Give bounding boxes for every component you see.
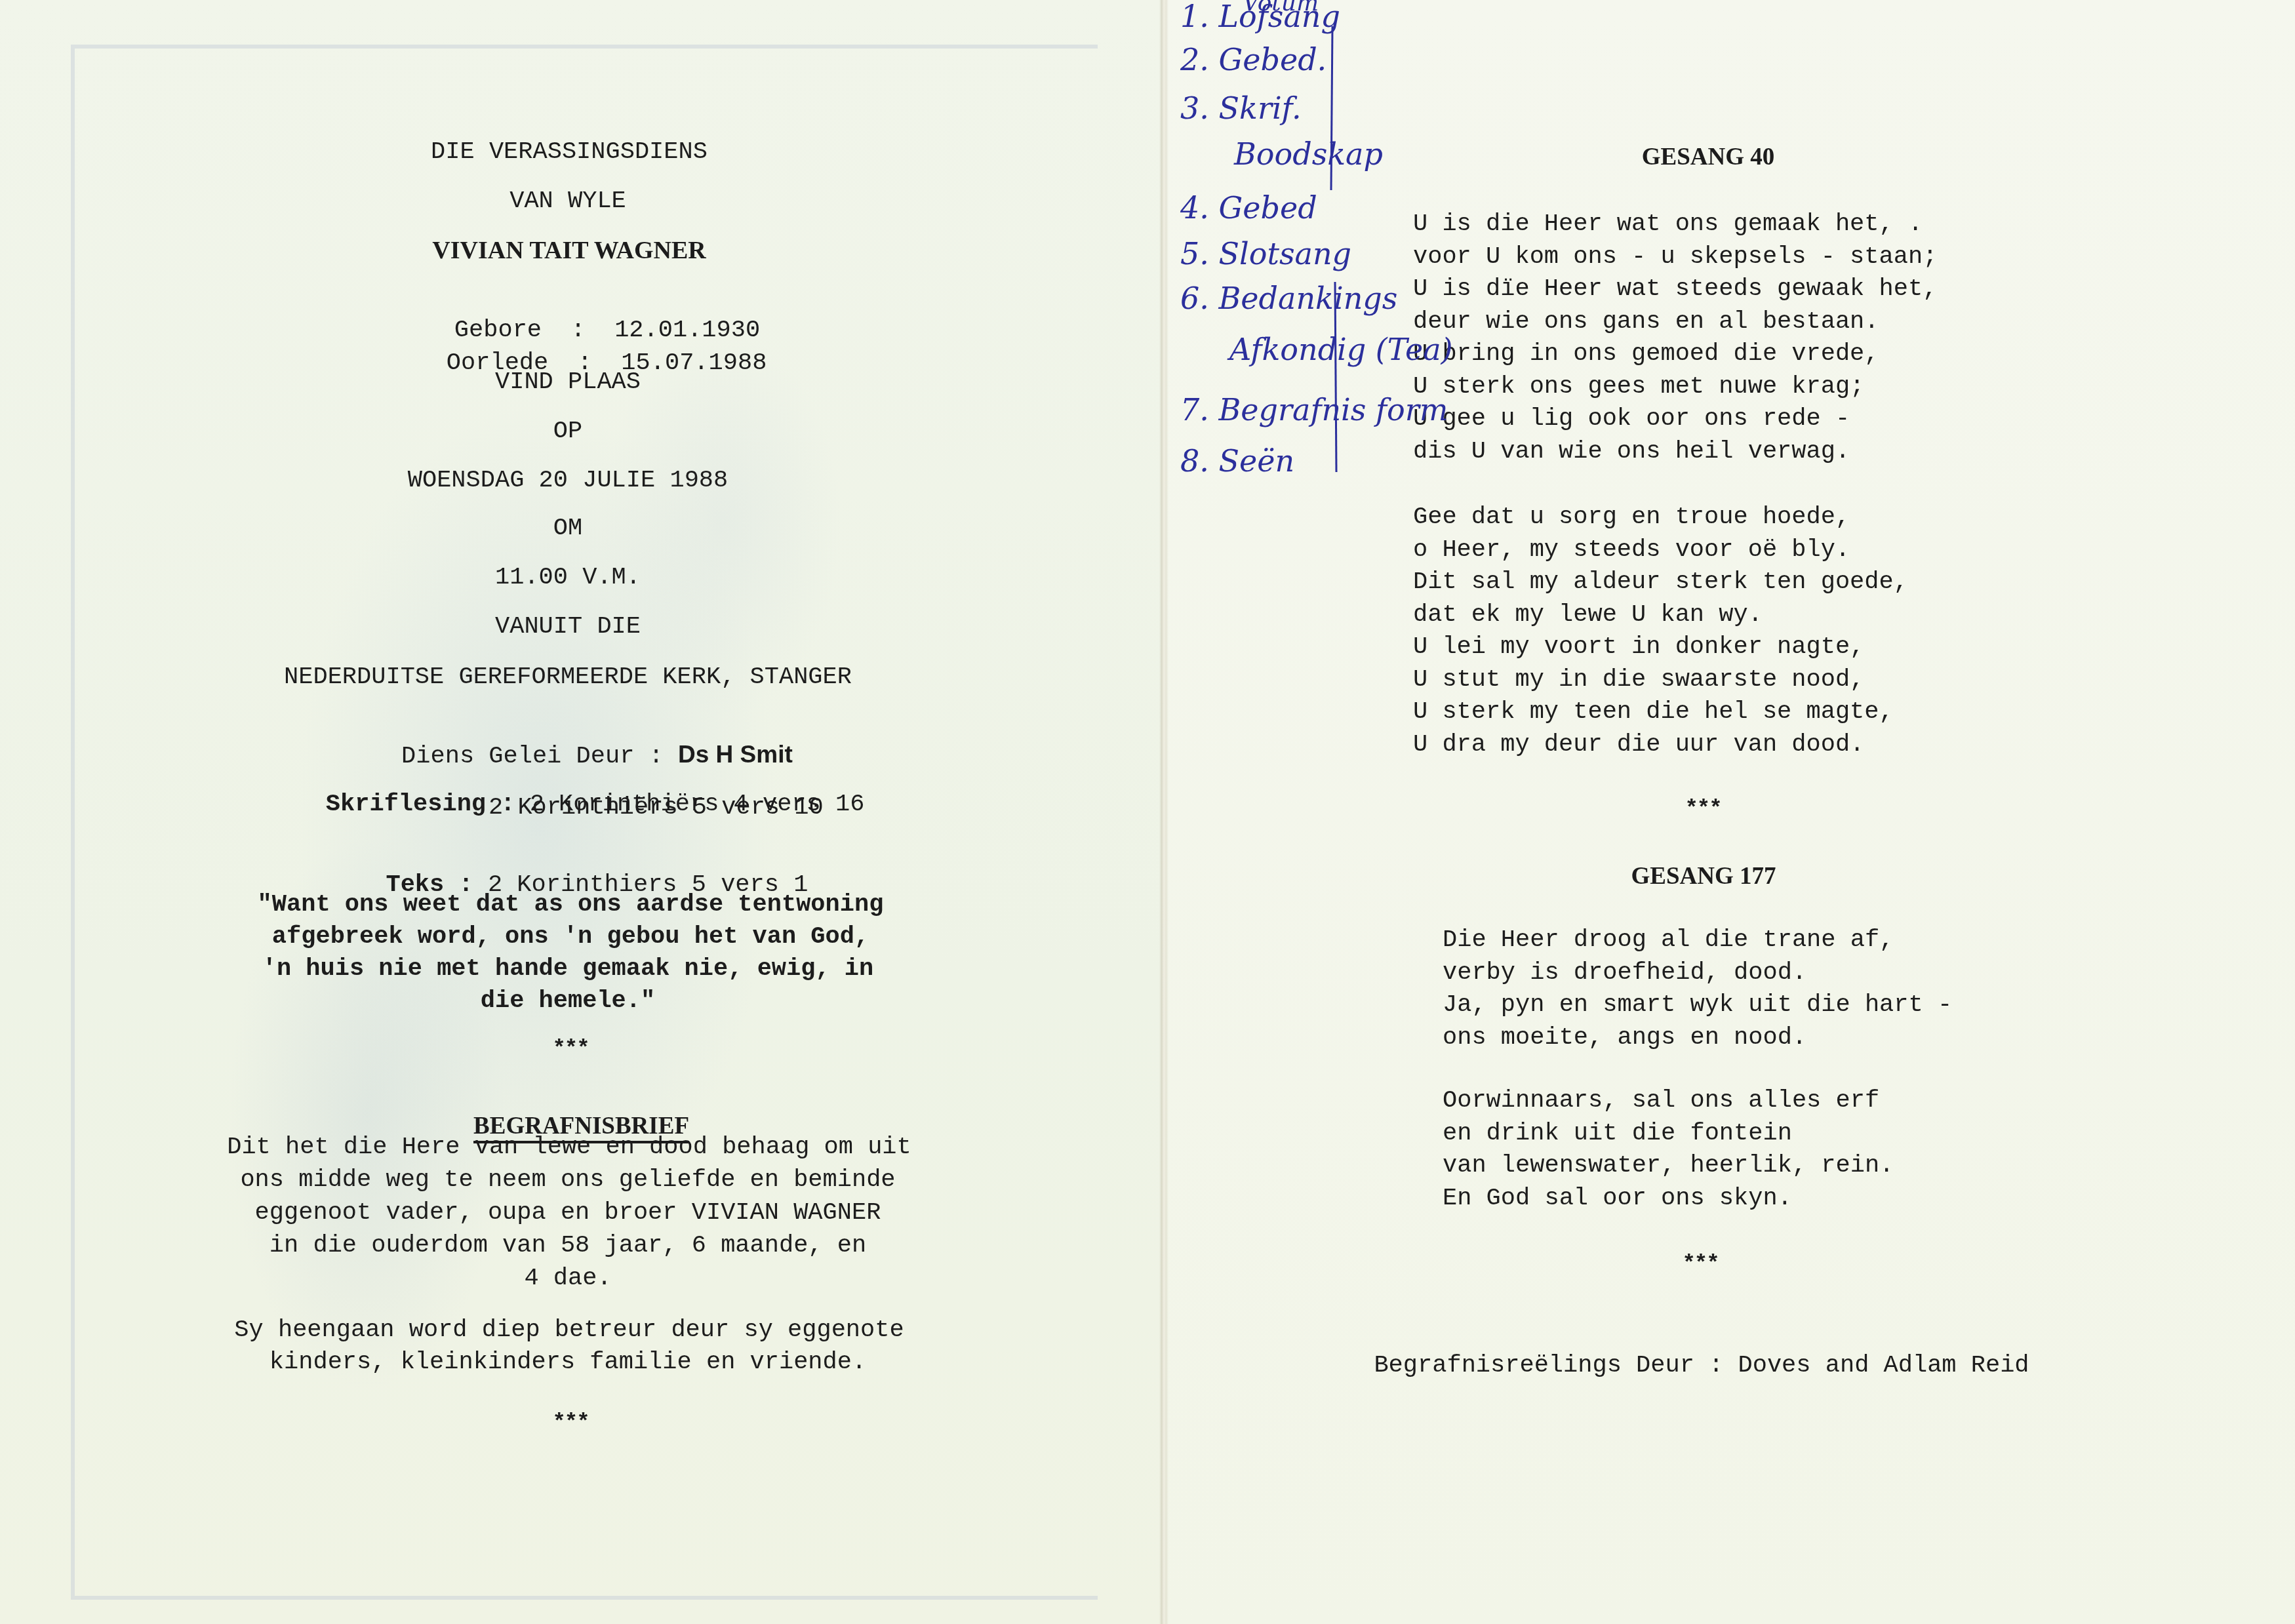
hymn-title: GESANG 40 — [1642, 143, 1775, 172]
verse-line: Ja, pyn en smart wyk uit die hart - — [1443, 989, 1952, 1022]
letter-line: eggenoot vader, oupa en broer VIVIAN WAG… — [255, 1198, 881, 1227]
handwritten-order-of-service: 1. Lofsang Votum 2. Gebed. 3. Skrif. Boo… — [1180, 0, 1443, 498]
verse-line: U gee u lig ook oor ons rede - — [1413, 403, 1850, 436]
verse-line: van lewenswater, heerlik, rein. — [1443, 1150, 1894, 1183]
verse-line: U dra my deur die uur van dood. — [1413, 729, 1864, 762]
verse-line: verby is droefheid, dood. — [1443, 957, 1806, 990]
verse-line: voor U kom ons - u skepsels - staan; — [1413, 241, 1937, 274]
vind-plaas: VIND PLAAS — [495, 368, 641, 397]
verse-line: o Heer, my steeds voor oë bly. — [1413, 534, 1850, 567]
church-name: NEDERDUITSE GEREFORMEERDE KERK, STANGER — [284, 663, 852, 692]
verse-line: Gee dat u sorg en troue hoede, — [1413, 502, 1850, 534]
verse-line: En God sal oor ons skyn. — [1443, 1183, 1792, 1216]
verse-line: U lei my voort in donker nagte, — [1413, 631, 1864, 664]
quote-line: die hemele." — [481, 987, 655, 1016]
service-title: DIE VERASSINGSDIENS — [431, 138, 708, 167]
mourners-line: kinders, kleinkinders familie en vriende… — [269, 1348, 866, 1377]
verse-line: U sterk my teen die hel se magte, — [1413, 696, 1894, 729]
vanuit-line: VANUIT DIE — [495, 612, 641, 641]
mourners-line: Sy heengaan word diep betreur deur sy eg… — [234, 1316, 904, 1345]
quote-line: afgebreek word, ons 'n gebou het van God… — [272, 922, 869, 951]
separator-stars: *** — [552, 1408, 588, 1437]
verse-line: U sterk ons gees met nuwe krag; — [1413, 371, 1864, 404]
verse-line: ons moeite, angs en nood. — [1443, 1022, 1806, 1055]
separator-stars: *** — [1685, 795, 1721, 823]
verse-line: Dit sal my aldeur sterk ten goede, — [1413, 566, 1908, 599]
reading-label: Skriflesing : — [326, 791, 515, 818]
verse-line: Oorwinnaars, sal ons alles erf — [1443, 1085, 1879, 1118]
quote-line: "Want ons weet dat as ons aardse tentwon… — [258, 890, 884, 919]
hymn-title: GESANG 177 — [1631, 862, 1776, 891]
verse-line: Die Heer droog al die trane af, — [1443, 924, 1894, 957]
quote-line: 'n huis nie met hande gemaak nie, ewig, … — [262, 955, 874, 983]
deceased-name: VIVIAN TAIT WAGNER — [432, 236, 706, 265]
handwritten-bracket-lines — [1180, 0, 1443, 498]
verse-line: dat ek my lewe U kan wy. — [1413, 599, 1763, 632]
verse-line: U stut my in die swaarste nood, — [1413, 664, 1864, 697]
reading-2: 2 Korinthiërs 5 vers 10 — [489, 793, 824, 822]
separator-stars: *** — [552, 1035, 588, 1063]
verse-line: en drink uit die fontein — [1443, 1118, 1792, 1151]
separator-stars: *** — [1682, 1250, 1718, 1278]
service-time: 11.00 V.M. — [495, 563, 641, 592]
letter-line: ons midde weg te neem ons geliefde en be… — [240, 1166, 895, 1195]
letter-line: in die ouderdom van 58 jaar, 6 maande, e… — [269, 1231, 866, 1260]
verse-line: dis U van wie ons heil verwag. — [1413, 436, 1850, 469]
died-date: 15.07.1988 — [621, 349, 767, 377]
verse-line: U is die Heer wat ons gemaak het, . — [1413, 208, 1923, 241]
verse-line: U bring in ons gemoed die vrede, — [1413, 338, 1879, 371]
service-date: WOENSDAG 20 JULIE 1988 — [408, 466, 728, 495]
op-line: OP — [553, 417, 582, 446]
letter-line: Dit het die Here van lewe en dood behaag… — [227, 1133, 911, 1162]
verse-line: deur wie ons gans en al bestaan. — [1413, 306, 1879, 339]
verse-line: U is dïe Heer wat steeds gewaak het, — [1413, 273, 1937, 306]
service-subtitle: VAN WYLE — [509, 187, 626, 216]
om-line: OM — [553, 514, 582, 543]
left-page: DIE VERASSINGSDIENS VAN WYLE VIVIAN TAIT… — [0, 0, 1164, 1624]
funeral-director: Begrafnisreëlings Deur : Doves and Adlam… — [1374, 1351, 2029, 1380]
page-fold — [1159, 0, 1168, 1624]
letter-line: 4 dae. — [524, 1264, 611, 1293]
